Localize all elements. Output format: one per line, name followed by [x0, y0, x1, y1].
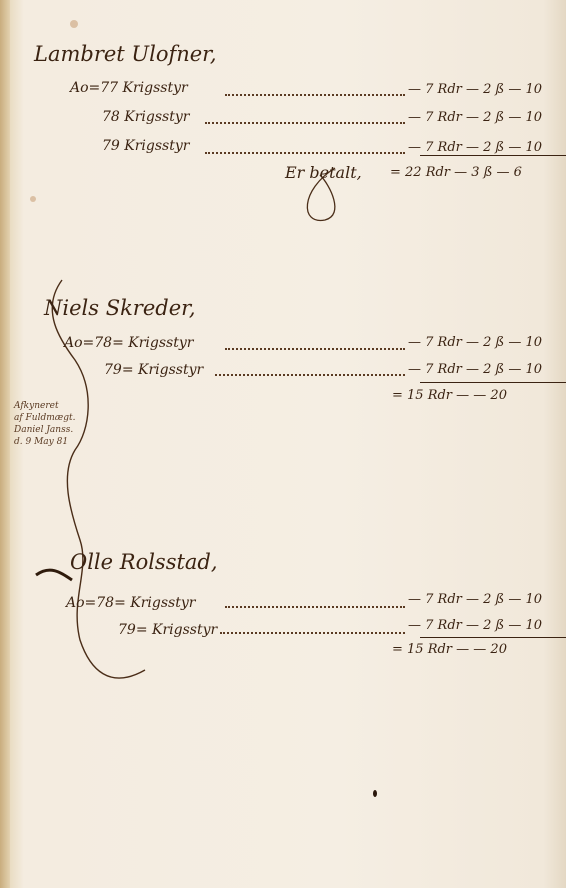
entry-line-label: Ao=77 Krigsstyr: [70, 80, 188, 96]
leader-dots: [205, 120, 405, 124]
entry-total: = 15 Rdr — — 20: [392, 388, 507, 403]
entry-line-amount: — 7 Rdr — 2 ß — 10: [408, 618, 542, 633]
entry-line-label: Ao=78= Krigsstyr: [64, 335, 193, 351]
entry-total: = 15 Rdr — — 20: [392, 642, 507, 657]
sum-rule: [420, 155, 566, 156]
binding-gutter: [0, 0, 10, 888]
entry-line-amount: — 7 Rdr — 2 ß — 10: [408, 362, 542, 377]
entry-line-label: 79 Krigsstyr: [102, 138, 189, 154]
sum-rule: [420, 637, 566, 638]
sum-rule: [420, 382, 566, 383]
entry-line-amount: — 7 Rdr — 2 ß — 10: [408, 110, 542, 125]
leader-dots: [225, 346, 405, 350]
entry-name: Olle Rolsstad,: [70, 550, 218, 574]
entry-line-label: 79= Krigsstyr: [104, 362, 203, 378]
entry-line-label: 79= Krigsstyr: [118, 622, 217, 638]
leader-dots: [215, 372, 405, 376]
entry-name: Lambret Ulofner,: [34, 42, 217, 66]
entry-line-amount: — 7 Rdr — 2 ß — 10: [408, 140, 542, 155]
margin-note-line: Daniel Janss.: [14, 424, 94, 436]
margin-note-line: af Fuldmægt.: [14, 412, 94, 424]
ink-blot: [373, 790, 377, 797]
ink-stain: [70, 20, 78, 28]
entry-line-amount: — 7 Rdr — 2 ß — 10: [408, 592, 542, 607]
entry-line-amount: — 7 Rdr — 2 ß — 10: [408, 335, 542, 350]
entry-total: = 22 Rdr — 3 ß — 6: [390, 165, 522, 180]
entry-line-amount: — 7 Rdr — 2 ß — 10: [408, 82, 542, 97]
manuscript-page: Lambret Ulofner, Ao=77 Krigsstyr — 7 Rdr…: [0, 0, 566, 888]
leader-dots: [225, 92, 405, 96]
ink-stain: [30, 196, 36, 202]
entry-line-label: Ao=78= Krigsstyr: [66, 595, 195, 611]
total-label: Er betalt,: [285, 163, 362, 182]
margin-note-line: Afkyneret: [14, 400, 94, 412]
leader-dots: [220, 630, 405, 634]
margin-note: Afkyneret af Fuldmægt. Daniel Janss. d. …: [14, 400, 94, 448]
leader-dots: [205, 150, 405, 154]
entry-name: Niels Skreder,: [44, 296, 196, 320]
margin-note-line: d. 9 May 81: [14, 436, 94, 448]
entry-line-label: 78 Krigsstyr: [102, 109, 189, 125]
leader-dots: [225, 604, 405, 608]
